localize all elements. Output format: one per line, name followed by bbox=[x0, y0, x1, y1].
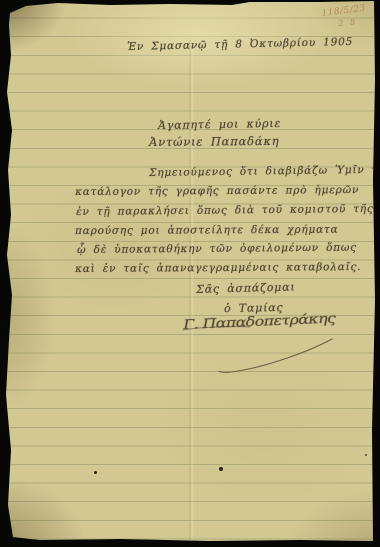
salutation-line2: Ἀντώνιε Παπαδάκη bbox=[149, 134, 280, 149]
body-line-1: Σημειούμενος ὅτι διαβιβάζω Ὑμῖν τὸν bbox=[149, 164, 380, 179]
ink-spot bbox=[365, 454, 367, 456]
body-line-5: ᾧ δὲ ὑποκαταθήκην τῶν ὀφειλομένων ὅπως bbox=[77, 242, 357, 256]
ink-spot bbox=[219, 467, 223, 471]
body-line-4: παρούσης μοι ἀποστείλητε δέκα χρήματα bbox=[75, 224, 338, 237]
archive-number-note: 118/5/23 bbox=[321, 4, 366, 19]
fold-crease bbox=[189, 40, 194, 539]
signature: Γ. Παπαδοπετράκης bbox=[183, 311, 336, 333]
body-line-2: κατάλογον τῆς γραφῆς πασάντε πρὸ ἡμερῶν bbox=[75, 184, 359, 198]
closing-valediction: Σᾶς ἀσπάζομαι bbox=[196, 280, 296, 296]
body-line-6: καὶ ἐν ταῖς ἀπαναγεγραμμέναις καταβολαῖς… bbox=[75, 261, 361, 275]
closing-role: ὁ Ταμίας bbox=[224, 301, 284, 315]
letter-scan: 118/5/23 2 8 Ἐν Σμασανῷ τῇ 8 Ὀκτωβρίου 1… bbox=[0, 0, 380, 547]
salutation-line1: Ἀγαπητέ μοι κύριε bbox=[158, 117, 281, 132]
dateline: Ἐν Σμασανῷ τῇ 8 Ὀκτωβρίου 1905 bbox=[127, 36, 353, 53]
archive-number-note-2: 2 8 bbox=[338, 17, 356, 27]
ink-spot bbox=[94, 471, 97, 474]
paper-sheet: 118/5/23 2 8 Ἐν Σμασανῷ τῇ 8 Ὀκτωβρίου 1… bbox=[0, 0, 380, 547]
body-line-3: ἐν τῇ παρακλήσει ὅπως διὰ τοῦ κομιστοῦ τ… bbox=[76, 203, 374, 218]
